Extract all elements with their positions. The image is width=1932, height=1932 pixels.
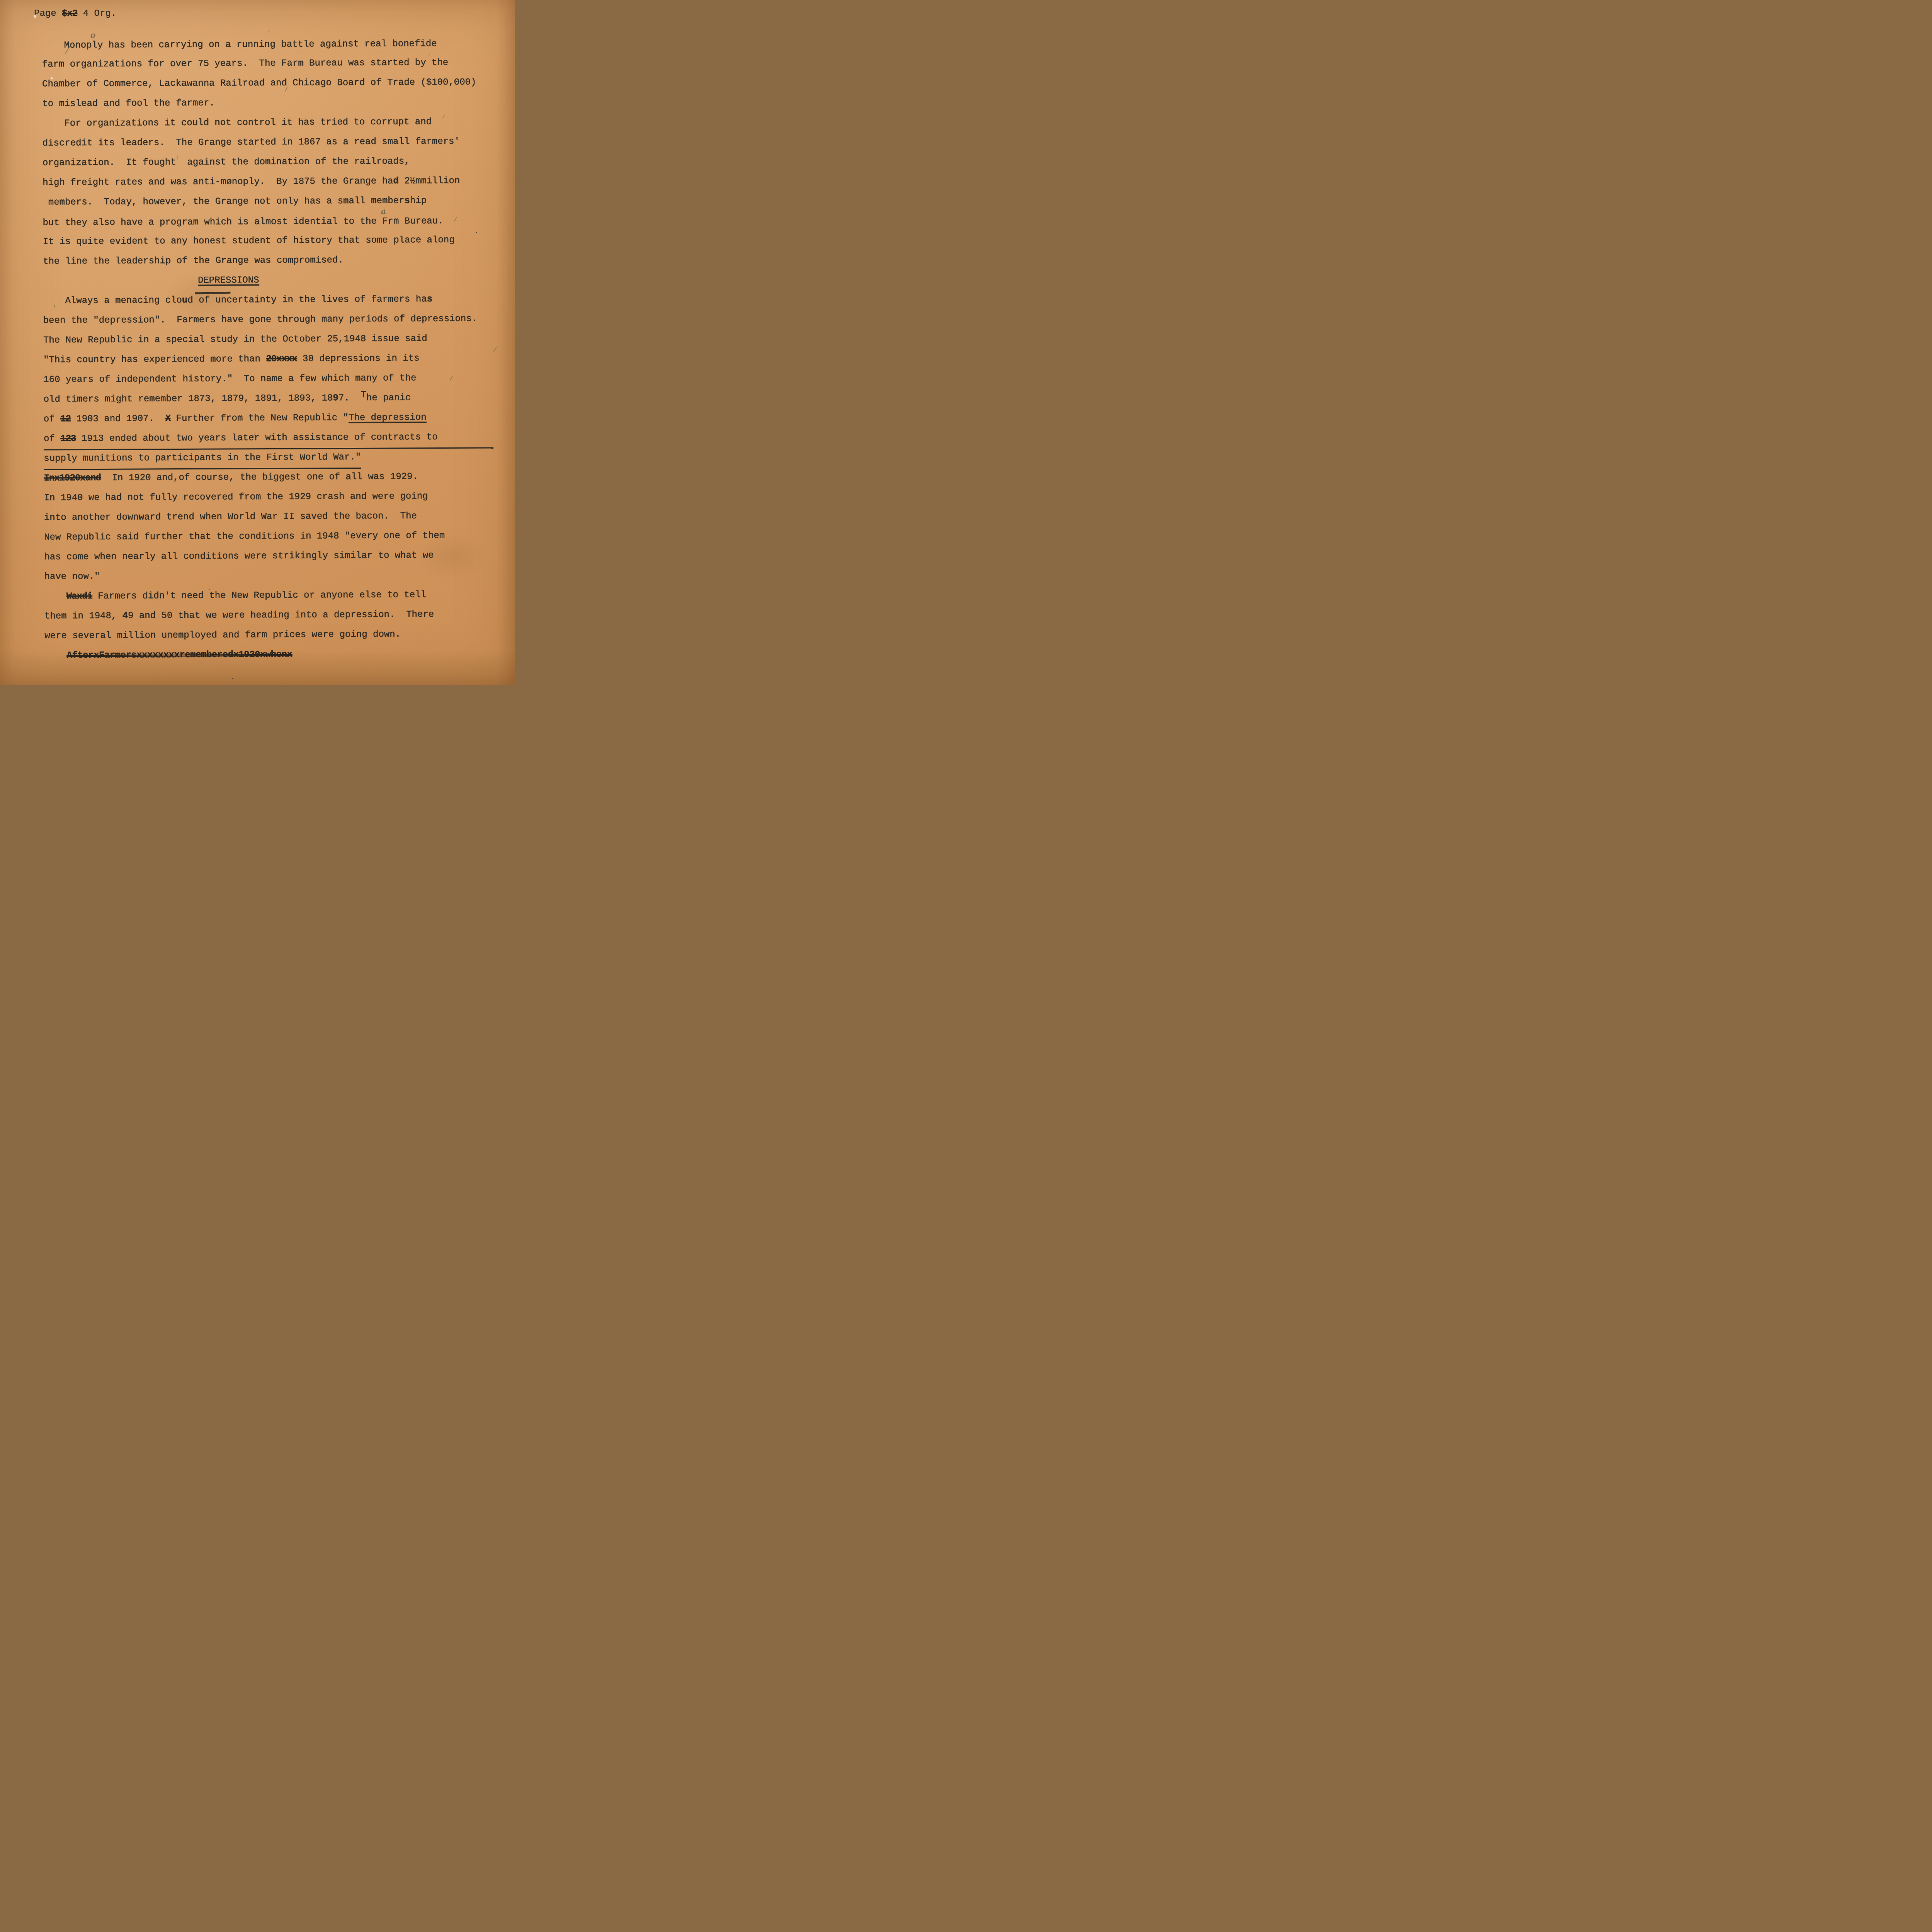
text-line: Inx1920xand In 1920 and,of course, the b… [44,466,493,488]
overstruck-text: f [399,314,405,324]
text-line: has come when nearly all conditions were… [44,545,494,567]
line-content: DEPRESSIONS [198,270,259,291]
text-segment: has come when nearly all conditions were… [44,550,434,562]
text-segment: to mislead and fool the farmer. [42,98,215,109]
text-segment: but they also have a program which is al… [43,216,383,228]
text-line: members. Today, however, the Grange not … [43,190,492,212]
overstruck-text: s [404,196,410,206]
line-content: farm organizations for over 75 years. Th… [42,53,449,75]
text-segment: organization. It fought against the domi… [43,156,410,168]
line-content: 160 years of independent history." To na… [43,368,416,389]
text-line: "This country has experienced more than … [43,348,493,370]
text-line: been the "depression". Farmers have gone… [43,309,493,330]
text-segment: ard trend when World War II saved the ba… [144,511,417,522]
line-content: discredit its leaders. The Grange starte… [43,132,460,153]
strikethrough-text: 20xxxx [266,354,297,364]
line-content: Chamber of Commerce, Lackawanna Railroad… [42,73,476,94]
line-content: high freight rates and was anti-mønoply.… [43,171,460,193]
strikethrough-text: $x2 [62,9,77,19]
text-line: of 12 1903 and 1907. X Further from the … [44,407,493,429]
text-segment: have now." [44,571,100,582]
text-line: organization. It fought against the domi… [43,151,492,173]
line-content: Page $x2 4 Org. [34,4,116,24]
text-segment: Always a menacing clo [65,295,182,306]
line-content: organization. It fought against the domi… [43,151,410,173]
page-number-line: Page $x2 4 Org. [34,4,116,24]
scanned-typewritten-page: Page $x2 4 Org. Monopoly has been carryi… [0,0,515,685]
text-segment: New Republic said further that the condi… [44,531,445,543]
text-segment: of [44,414,60,424]
text-segment: high freight rates and was anti-mønoply.… [43,176,393,188]
line-content: It is quite evident to any honest studen… [43,230,455,252]
line-content: "This country has experienced more than … [43,349,420,370]
line-content: the line the leadership of the Grange wa… [43,250,344,271]
text-line: For organizations it could not control i… [42,112,492,133]
text-line: Waxdi Farmers didn't need the New Republ… [44,585,494,606]
text-segment: ly has been carrying on a running battle… [92,39,437,51]
text-line: high freight rates and was anti-mønoply.… [43,171,492,192]
text-segment: members. Today, however, the Grange not … [43,196,404,207]
text-segment: into another down [44,512,139,523]
text-segment: 2½mmillion [399,176,460,187]
strikethrough-text: 123 [60,434,76,444]
text-segment: 30 depressions in its [297,353,420,364]
line-content: been the "depression". Farmers have gone… [43,309,478,331]
text-segment: 1913 ended about two years later with as… [76,432,443,444]
text-line: to mislead and fool the farmer. [42,92,492,114]
overstruck-text: w [139,512,145,522]
overstruck-text: 4 [122,611,128,621]
line-content: New Republic said further that the condi… [44,526,445,548]
text-segment: supply munitions to participants in the … [44,452,361,464]
overstruck-text: u [182,295,188,306]
text-segment: 4 Org. [77,9,116,19]
line-content: members. Today, however, the Grange not … [43,191,427,212]
overstruck-text: s [427,294,433,304]
overstruck-text: d [393,176,399,187]
text-segment: the line the leadership of the Grange wa… [43,255,344,267]
line-content: Always a menacing cloud of uncertainty i… [65,289,432,311]
text-line: have now." [44,565,494,587]
line-content: AfterxFarmersxxxxxxxxrememberedx1920xwhe… [66,645,292,666]
text-segment: 7. [338,393,361,403]
line-content: The New Republic in a special study in t… [43,329,427,350]
text-segment: 9 and 50 that we were heading into a dep… [128,609,434,621]
text-segment: Further from the New Republic " [170,413,349,424]
text-segment: 1903 and 1907. [71,413,165,424]
text-segment: Page [34,9,62,19]
text-segment: old timers might remember 1873, 1879, 18… [44,393,333,405]
underlined-text: The depression [349,412,427,423]
text-segment: were several million unemployed and farm… [44,629,401,641]
pencil-mark [268,29,270,32]
text-line: old timers might remember 1873, 1879, 18… [43,388,493,409]
line-content: but they also have a program which is al… [43,211,443,233]
page-header: Page $x2 4 Org. [34,4,116,24]
text-segment: of [44,434,60,444]
strikethrough-text: Inx1920xand [44,473,101,484]
text-segment: hip [410,196,427,206]
text-line: discredit its leaders. The Grange starte… [43,131,492,153]
line-content: them in 1948, 49 and 50 that we were hea… [44,605,434,626]
text-segment: d of uncertainty in the lives of farmers… [187,294,427,306]
raised-text: T [361,390,366,400]
line-content: Inx1920xand In 1920 and,of course, the b… [44,467,418,488]
text-line: New Republic said further that the condi… [44,526,494,547]
text-line: into another downward trend when World W… [44,506,494,527]
text-segment: he panic [366,393,411,403]
line-content: of 12 1903 and 1907. X Further from the … [44,408,427,429]
text-segment: Chamber of Commerce, Lackawanna Railroad… [42,77,476,90]
text-segment: In 1940 we had not fully recovered from … [44,491,428,503]
text-line: Monopoly has been carrying on a running … [42,33,492,54]
text-segment: "This country has experienced more than [43,354,266,366]
text-line: The New Republic in a special study in t… [43,328,493,350]
text-segment: them in 1948, [44,611,122,622]
line-content: have now." [44,567,100,587]
text-segment: farm organizations for over 75 years. Th… [42,58,448,70]
text-line: It is quite evident to any honest studen… [43,230,493,252]
section-heading: DEPRESSIONS [43,269,493,291]
line-content: Monopoly has been carrying on a running … [64,33,437,55]
text-segment: For organizations it could not control i… [64,117,432,129]
overstruck-text: 9 [333,393,338,403]
text-line: Always a menacing cloud of uncertainty i… [43,289,493,311]
text-segment: 160 years of independent history." To na… [43,373,416,385]
text-line: Chamber of Commerce, Lackawanna Railroad… [42,72,492,94]
line-content: into another downward trend when World W… [44,506,417,527]
strikethrough-text: X [165,413,171,424]
text-segment: been the "depression". Farmers have gone… [43,314,400,326]
text-line: were several million unemployed and farm… [44,624,494,646]
text-segment: The New Republic in a special study in t… [43,333,427,345]
line-content: supply munitions to participants in the … [44,447,361,470]
line-content: In 1940 we had not fully recovered from … [44,486,428,508]
text-line: the line the leadership of the Grange wa… [43,250,493,271]
text-line: 160 years of independent history." To na… [43,368,493,389]
text-segment: It is quite evident to any honest studen… [43,235,455,247]
ink-dot [232,678,233,679]
line-content: Waxdi Farmers didn't need the New Republ… [66,585,426,606]
text-segment: Frm Bureau. [382,216,444,227]
text-line: farm organizations for over 75 years. Th… [42,53,492,74]
text-segment: Monop [64,40,92,51]
strikethrough-text: Waxdi [66,591,92,602]
pencil-mark [493,347,497,352]
underlined-text: DEPRESSIONS [198,275,259,286]
line-content: to mislead and fool the farmer. [42,94,215,114]
strikethrough-text: AfterxFarmersxxxxxxxxrememberedx1920xwhe… [66,650,292,661]
text-segment: discredit its leaders. The Grange starte… [43,136,460,149]
text-segment: In 1920 and,of course, the biggest one o… [101,471,418,483]
text-line: them in 1948, 49 and 50 that we were hea… [44,604,494,626]
text-line: but they also have a program which is al… [43,210,492,232]
line-content: has come when nearly all conditions were… [44,546,434,567]
text-line: AfterxFarmersxxxxxxxxrememberedx1920xwhe… [44,644,494,665]
text-segment: depressions. [405,314,477,325]
strikethrough-text: 12 [60,414,71,424]
text-line: of 123 1913 ended about two years later … [44,427,493,449]
line-content: were several million unemployed and farm… [44,625,401,646]
document-body: Monopoly has been carrying on a running … [42,33,494,665]
line-content: old timers might remember 1873, 1879, 18… [43,388,411,409]
text-line: supply munitions to participants in the … [44,447,493,468]
text-segment: Farmers didn't need the New Republic or … [92,590,426,602]
line-content: For organizations it could not control i… [64,112,432,133]
text-line: In 1940 we had not fully recovered from … [44,486,494,508]
